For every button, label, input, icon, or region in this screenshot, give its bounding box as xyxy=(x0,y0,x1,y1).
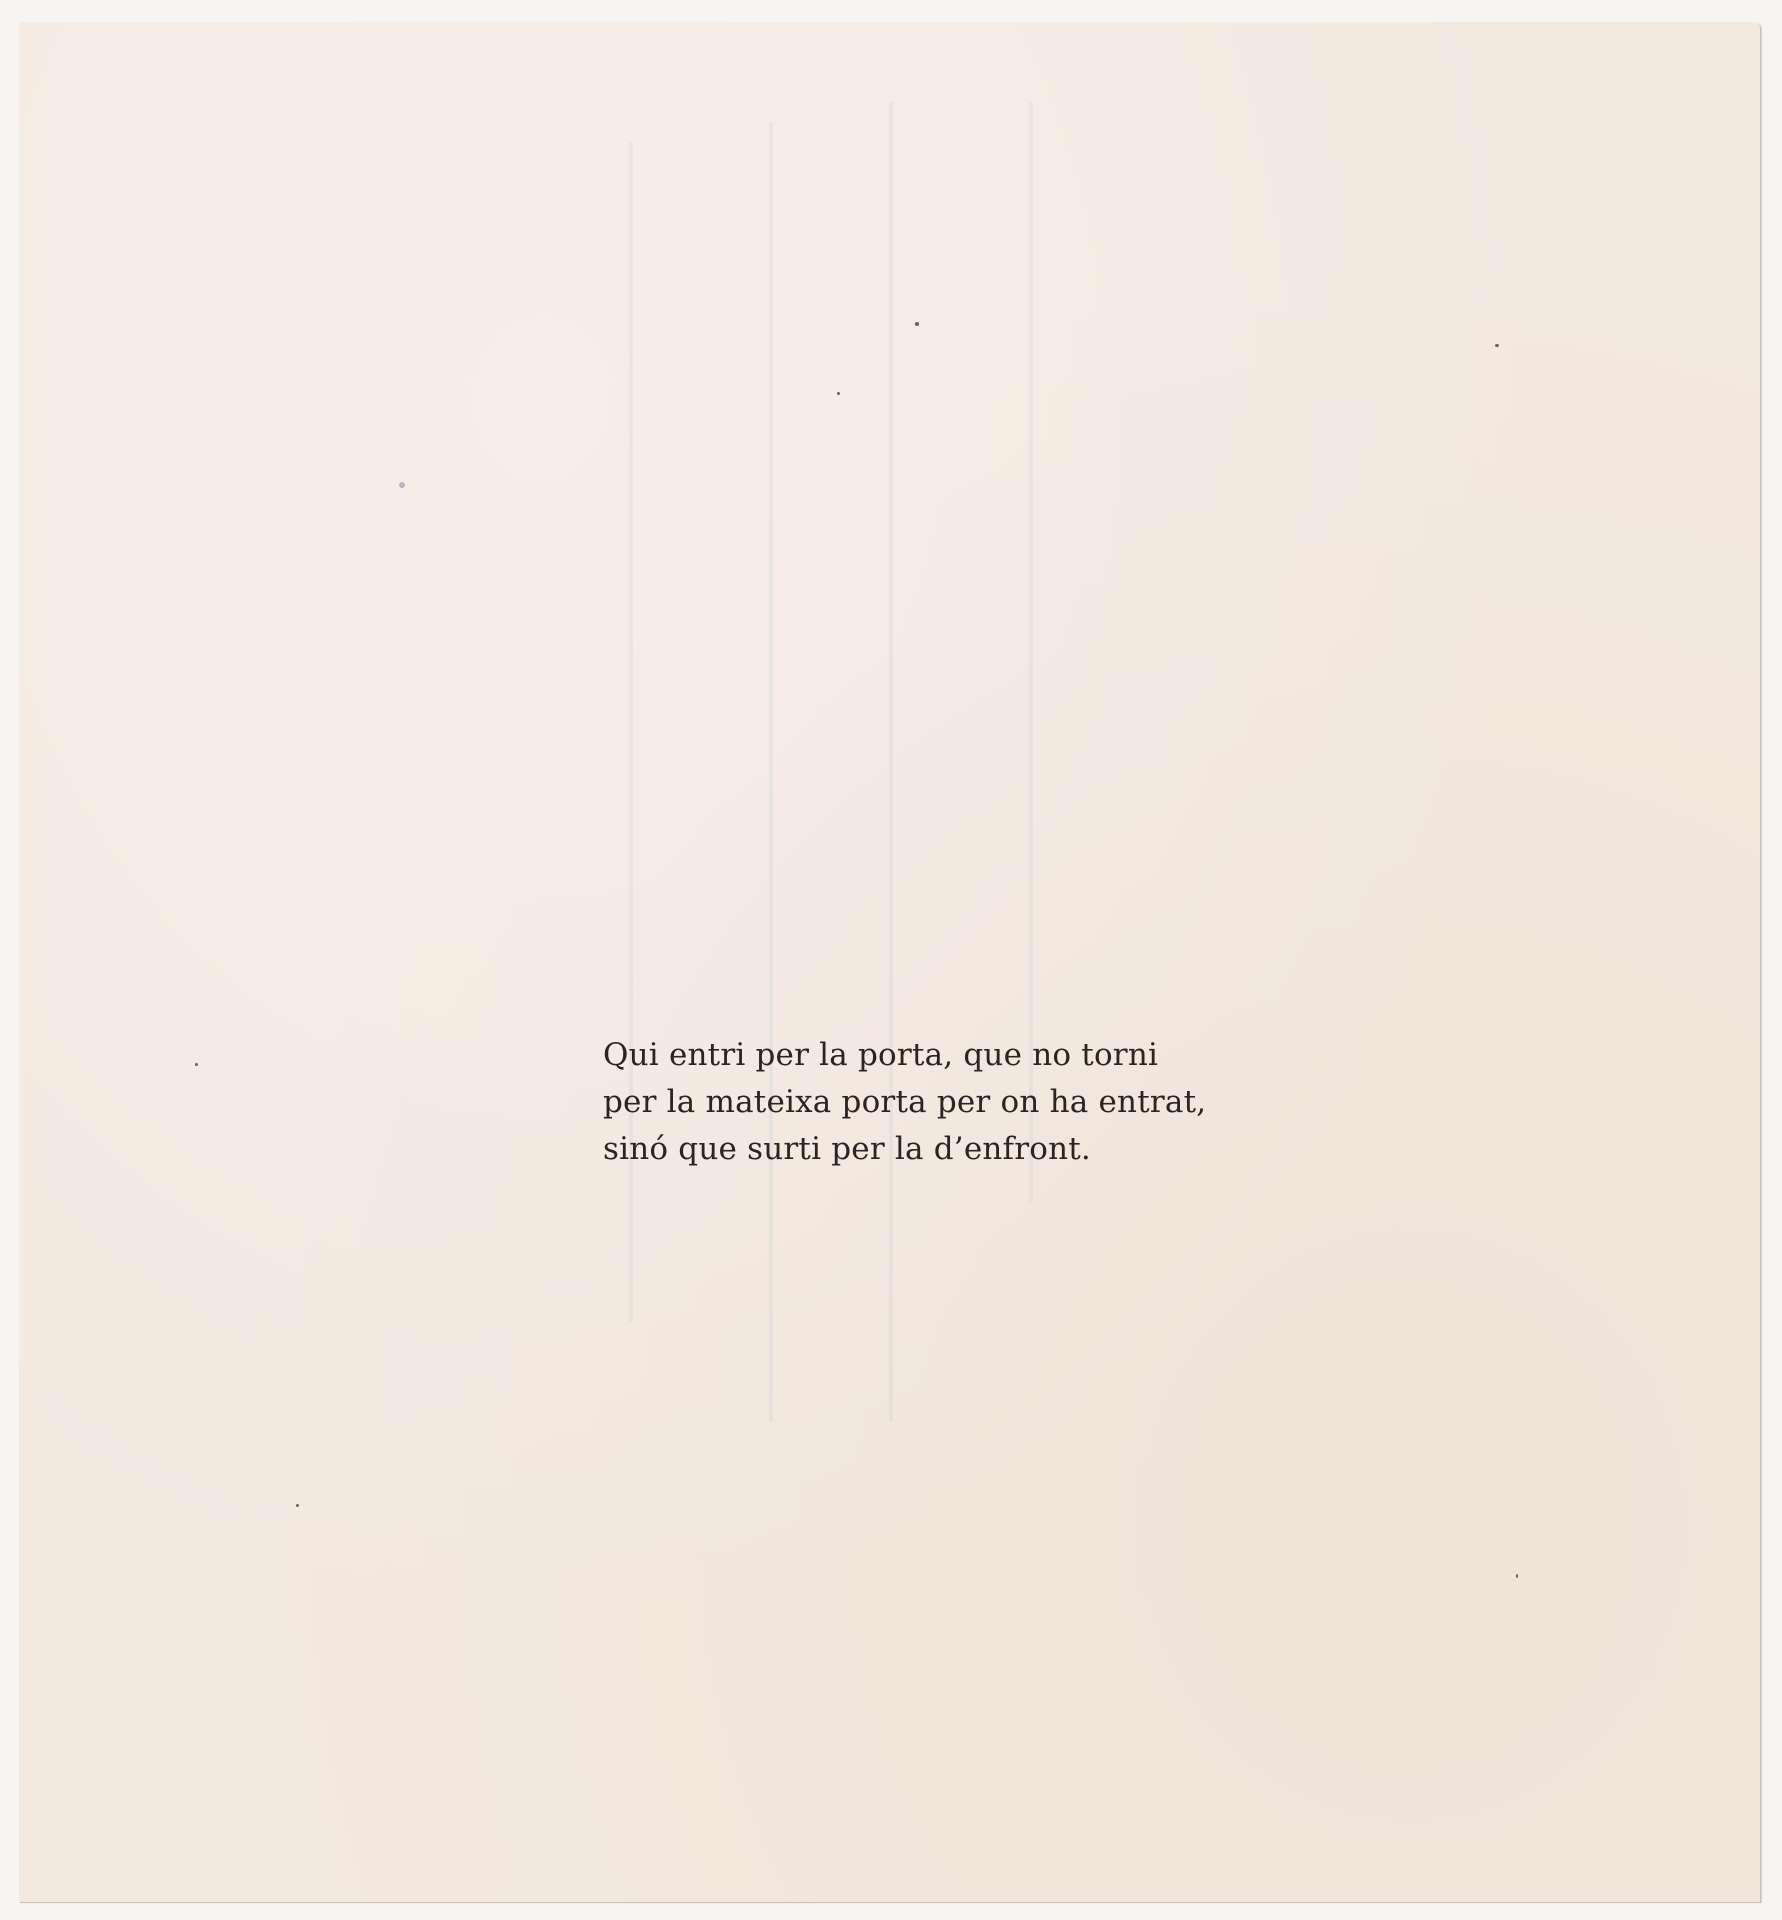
verse-line-3: sinó que surti per la d’enfront. xyxy=(603,1126,1283,1173)
paper-sheet: Qui entri per la porta, que no torni per… xyxy=(19,22,1760,1902)
paper-speck xyxy=(1495,344,1499,347)
verse-line-1: Qui entri per la porta, que no torni xyxy=(603,1032,1283,1079)
show-through-mark xyxy=(769,122,773,1422)
verse-line-2: per la mateixa porta per on ha entrat, xyxy=(603,1079,1283,1126)
paper-speck xyxy=(1516,1574,1518,1578)
paper-speck xyxy=(399,482,405,488)
show-through-mark xyxy=(889,102,893,1422)
scan-background: Qui entri per la porta, que no torni per… xyxy=(0,0,1782,1920)
paper-speck xyxy=(915,322,919,326)
paper-speck xyxy=(837,392,840,395)
verse-text: Qui entri per la porta, que no torni per… xyxy=(603,1032,1283,1173)
paper-speck xyxy=(195,1063,198,1066)
paper-speck xyxy=(296,1504,299,1507)
